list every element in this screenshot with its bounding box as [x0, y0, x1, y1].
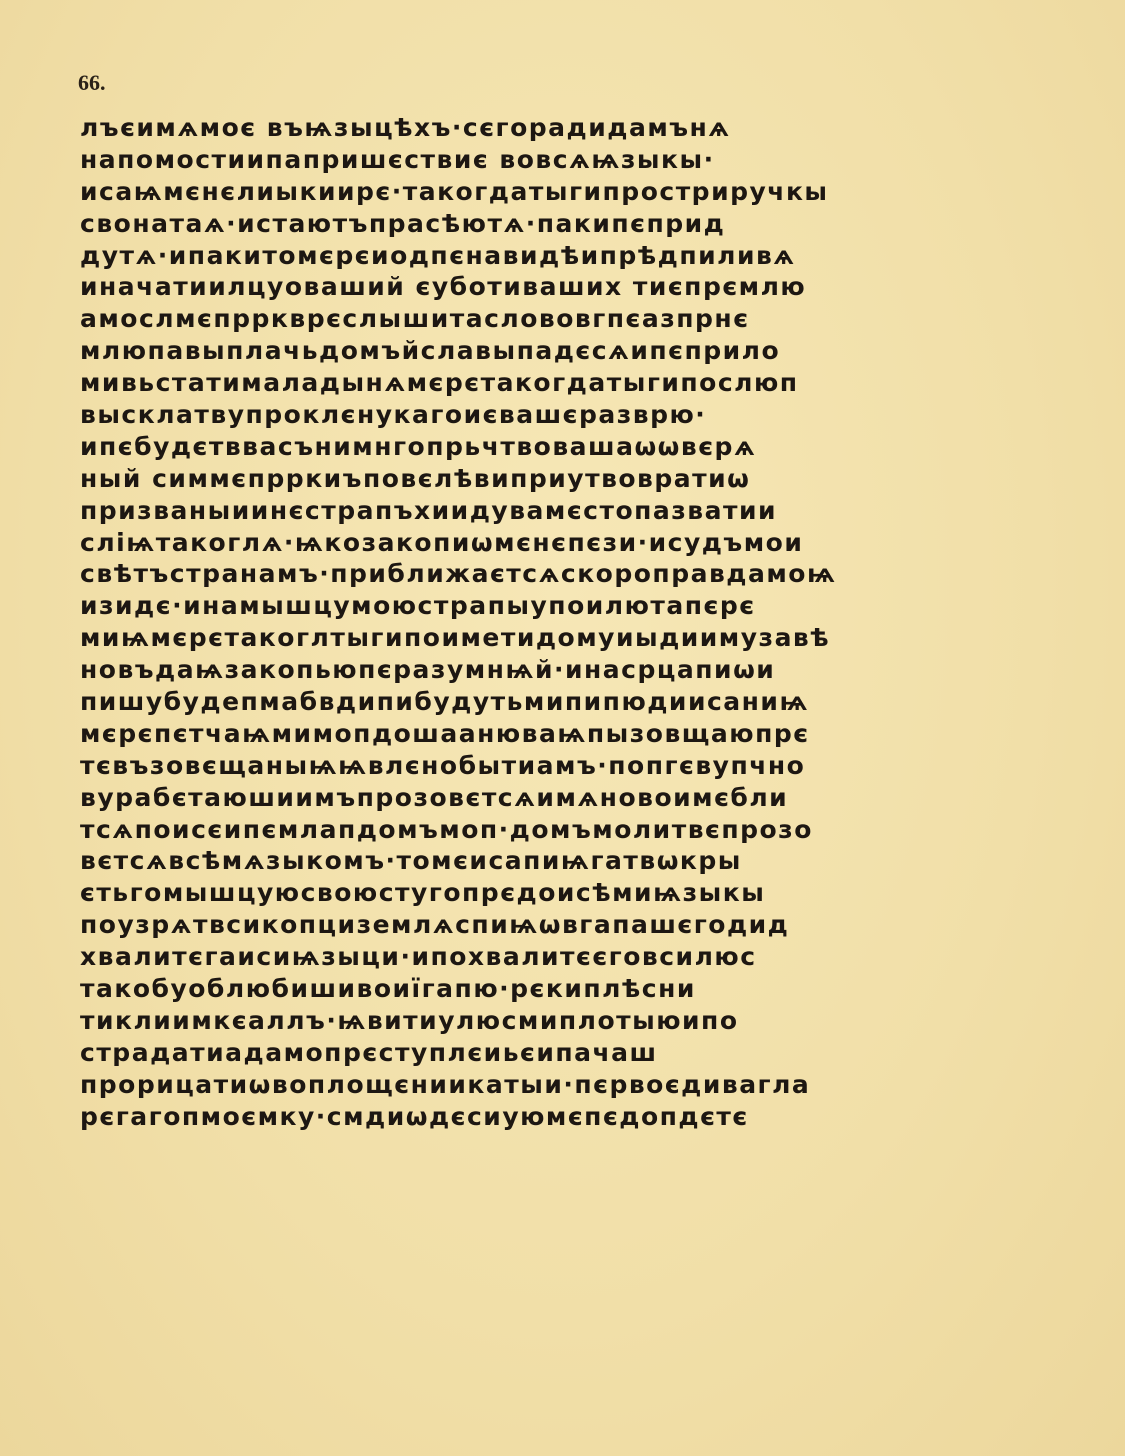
manuscript-line: дутѧ·ипакитомєрєиодпєнавидѣипрѣдпиливѧ: [80, 240, 1075, 272]
manuscript-line: свѣтъстранамъ·приближаєтсѧскороправдамоѩ: [80, 558, 1075, 590]
manuscript-line: призваныиинєстрапъхиидувамєстопазватии: [80, 495, 1075, 527]
manuscript-line: тєвъзовєщаныѩѩвлєнобытиамъ·попгєвупчнo: [80, 750, 1075, 782]
manuscript-line: иначатиилцуоваший єуботиваших тиєпрємлю: [80, 271, 1075, 303]
manuscript-line: высклатвупроклєнукагоиєвашєразврю·: [80, 399, 1075, 431]
manuscript-line: свонатаѧ·истаютъпрасѣютѧ·пакипєприд: [80, 208, 1075, 240]
manuscript-line: пишубудепмабвдипибудутьмипипюдиисаниѩ: [80, 686, 1075, 718]
manuscript-line: лъєимѧмоє въѩзыцѣхъ·сєгорадидамънѧ: [80, 112, 1075, 144]
manuscript-line: мєрєпєтчаѩмимопдошаанюваѩпызовщаюпрє: [80, 718, 1075, 750]
manuscript-line: напомостиипапришєствиє вовсѧѩзыкы·: [80, 144, 1075, 176]
manuscript-line: миѩмєрєтакоглтыгипоиметидомуиыдиимузавѣ: [80, 622, 1075, 654]
manuscript-line: рєгагопмоємку·смдиωдєсиуюмєпєдопдєтє: [80, 1101, 1075, 1133]
manuscript-line: новъдаѩзакопьюпєразумнѩй·инасрцапиѡи: [80, 654, 1075, 686]
manuscript-line: тиклиимкєаллъ·ѩвитиулюсмиплотыюипо: [80, 1005, 1075, 1037]
manuscript-line: ный симмєпрркиъповєлѣвиприутвовратиω: [80, 463, 1075, 495]
manuscript-line: страдатиадамопрєступлєиьєипачаш: [80, 1037, 1075, 1069]
manuscript-line: хвалитєгаисиѩзыци·ипохвалитєєговсилюс: [80, 941, 1075, 973]
manuscript-line: изидє·инамышцумоюстрапыупоилютапєрє: [80, 590, 1075, 622]
manuscript-line: исаѩмєнєлиыкиирє·такогдатыгипростриручкы: [80, 176, 1075, 208]
manuscript-line: поузрѧтвсикопциземлѧспиѩωвгапашєгодид: [80, 909, 1075, 941]
manuscript-line: єтьгомышцуюсвоюстугопрєдоисѣмиѩзыкы: [80, 877, 1075, 909]
manuscript-line: тсѧпоисєипємлапдомъмоп·домъмолитвєпрозо: [80, 814, 1075, 846]
manuscript-line: сліѩтакоглѧ·ѩкозакопиωмєнєпєзи·исудъмои: [80, 527, 1075, 559]
page-number: 66.: [78, 70, 106, 96]
manuscript-line: такобуоблюбишивоиїгапю·рєкиплѣсни: [80, 973, 1075, 1005]
manuscript-line: мивьстатималадынѧмєрєтакогдатыгипослюп: [80, 367, 1075, 399]
manuscript-line: прорицатиωвоплощєниикатыи·пєрвоєдивагла: [80, 1069, 1075, 1101]
manuscript-text-block: лъєимѧмоє въѩзыцѣхъ·сєгорадидамънѧ напом…: [80, 112, 1075, 1133]
manuscript-line: млюпавыплачьдомъйславыпадєсѧипєприло: [80, 335, 1075, 367]
manuscript-line: вєтсѧвсѣмѧзыкомъ·томєисапиѩгатвωкры: [80, 845, 1075, 877]
manuscript-line: амослмєпрркврєслышитаслововгпєазпрнє: [80, 303, 1075, 335]
manuscript-line: ипєбудєтввасънимнгопрьчтвовашаωωвєрѧ: [80, 431, 1075, 463]
manuscript-line: вурабєтаюшиимъпрозовєтсѧимѧновоимєбли: [80, 782, 1075, 814]
